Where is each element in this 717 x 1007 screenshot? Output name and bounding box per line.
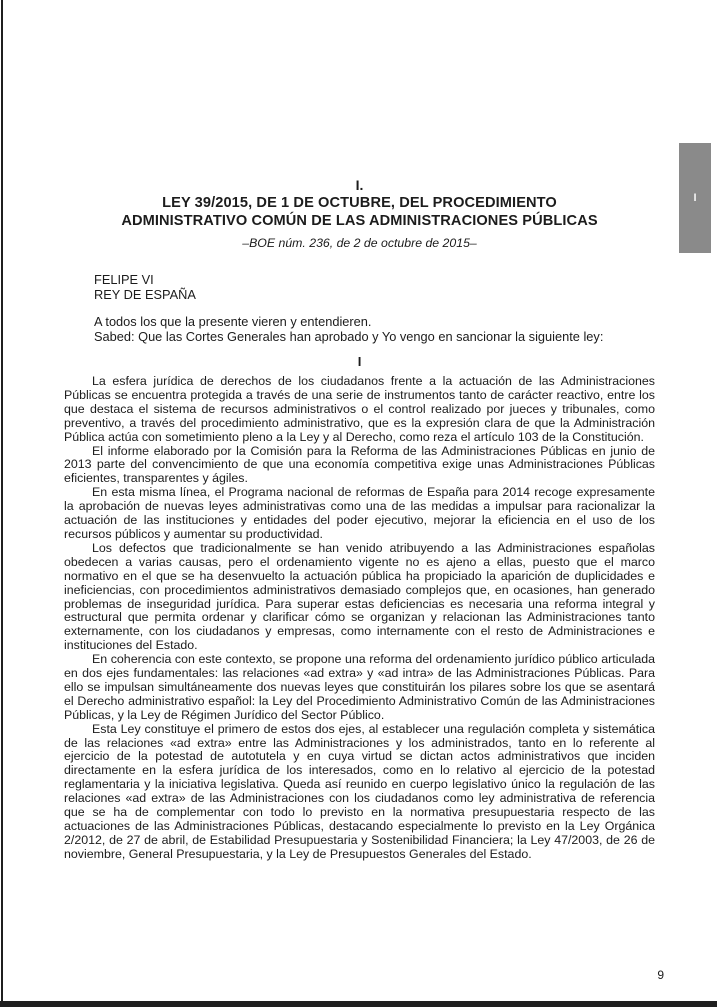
law-title-line-2: ADMINISTRATIVO COMÚN DE LAS ADMINISTRACI…	[64, 212, 655, 230]
issuer-name: FELIPE VI	[64, 273, 655, 288]
boe-reference: –BOE núm. 236, de 2 de octubre de 2015–	[64, 236, 655, 251]
body-paragraph: Los defectos que tradicionalmente se han…	[64, 542, 655, 653]
body-paragraph: La esfera jurídica de derechos de los ci…	[64, 375, 655, 445]
salutation-line-1: A todos los que la presente vieren y ent…	[64, 315, 655, 330]
document-page: I I. LEY 39/2015, DE 1 DE OCTUBRE, DEL P…	[0, 0, 717, 1007]
chapter-side-tab-label: I	[693, 193, 696, 204]
body-paragraphs: La esfera jurídica de derechos de los ci…	[64, 375, 655, 862]
preamble-section-heading: I	[64, 355, 655, 369]
issuer-title: REY DE ESPAÑA	[64, 288, 655, 303]
issuer-block: FELIPE VI REY DE ESPAÑA	[64, 273, 655, 302]
page-content: I. LEY 39/2015, DE 1 DE OCTUBRE, DEL PRO…	[64, 176, 655, 862]
chapter-side-tab: I	[679, 143, 711, 253]
page-number: 9	[657, 968, 664, 982]
law-heading: I. LEY 39/2015, DE 1 DE OCTUBRE, DEL PRO…	[64, 176, 655, 251]
salutation-block: A todos los que la presente vieren y ent…	[64, 315, 655, 344]
page-bottom-border	[0, 1001, 717, 1007]
heading-section-number: I.	[64, 176, 655, 194]
body-paragraph: En esta misma línea, el Programa naciona…	[64, 486, 655, 542]
page-left-border	[1, 0, 3, 1007]
salutation-line-2: Sabed: Que las Cortes Generales han apro…	[64, 330, 655, 345]
body-paragraph: El informe elaborado por la Comisión par…	[64, 445, 655, 487]
body-paragraph: En coherencia con este contexto, se prop…	[64, 653, 655, 723]
body-paragraph: Esta Ley constituye el primero de estos …	[64, 723, 655, 862]
law-title-line-1: LEY 39/2015, DE 1 DE OCTUBRE, DEL PROCED…	[64, 194, 655, 212]
